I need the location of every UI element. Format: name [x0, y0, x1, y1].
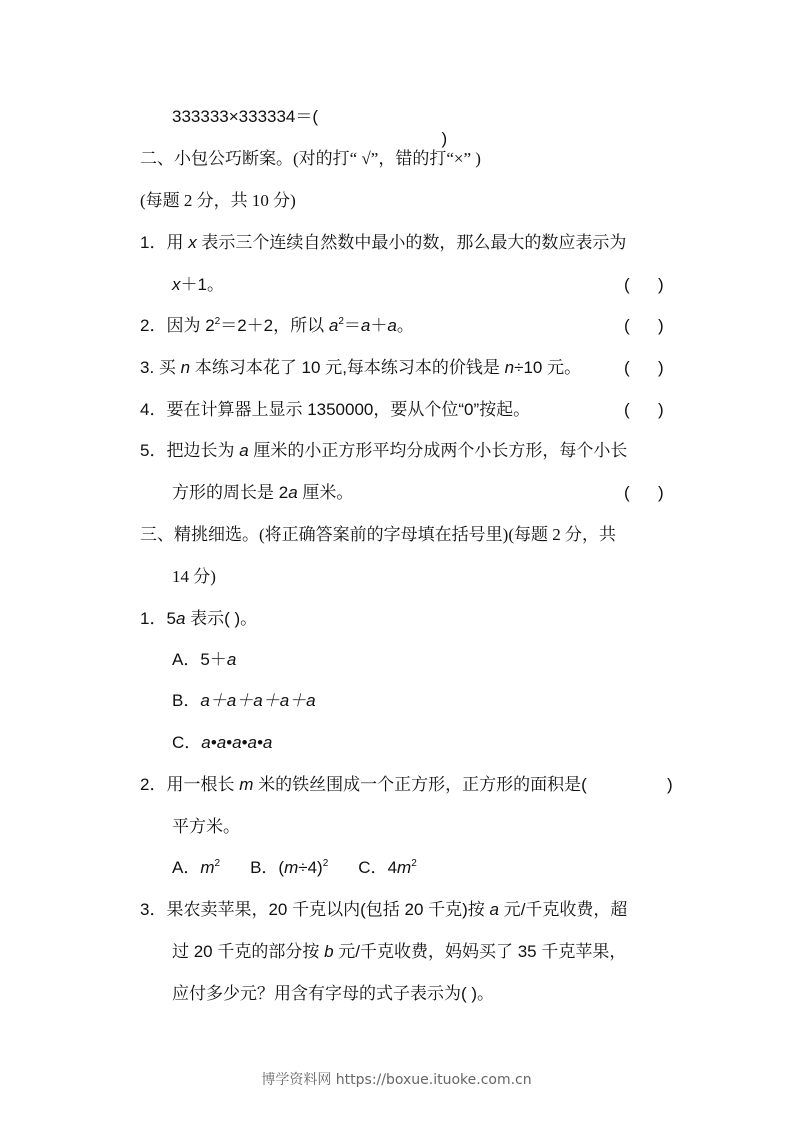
paren-close: ) [441, 129, 447, 148]
text: 。 [397, 316, 414, 335]
section2-scoring: (每题 2 分，共 10 分) [140, 190, 296, 212]
variable: a [227, 650, 236, 669]
mc-question-2-line1: 2．用一根长 m 米的铁丝围成一个正方形，正方形的面积是( [140, 774, 587, 796]
text: 5＋ [200, 650, 226, 669]
text: 元/千克收费，超 [499, 900, 627, 919]
mc-question-2-line2: 平方米。 [172, 816, 240, 838]
mc-q2-option-a[interactable]: A．m2 [172, 858, 220, 877]
tf-item-3: 3. 买 n 本练习本花了 10 元,每本练习本的价钱是 n÷10 元。 [140, 357, 581, 379]
variable: a [329, 316, 338, 335]
section2-heading: 二、小包公巧断案。(对的打“ √”，错的打“×” ) [140, 148, 481, 170]
section3-heading-line1: 三、精挑细选。(将正确答案前的字母填在括号里)(每题 2 分，共 [140, 524, 616, 546]
mc-q2-option-c[interactable]: C．4m2 [358, 858, 416, 877]
footer-watermark: 博学资料网 https://boxue.ituoke.com.cn [0, 1069, 793, 1089]
text: 因为 2 [166, 316, 214, 335]
text: 买 [154, 358, 180, 377]
superscript: 2 [411, 858, 417, 869]
variable: n [181, 358, 190, 377]
tf-answer-3[interactable]: ( ) [624, 357, 664, 379]
variable: a [361, 316, 370, 335]
expression-text: 333333×333334＝( [172, 107, 318, 126]
mc-answer-2-close[interactable]: ) [667, 774, 673, 796]
answer-blank-close[interactable]: ) [432, 106, 447, 150]
option-label: C． [358, 858, 387, 877]
tf-item-5-line2: 方形的周长是 2a 厘米。 [172, 482, 353, 504]
text: ＝ [344, 316, 361, 335]
mc-question-3-line3: 应付多少元？用含有字母的式子表示为( )。 [172, 983, 494, 1005]
text: 4 [388, 858, 397, 877]
item-number: 1． [140, 233, 166, 252]
text: 表示三个连续自然数中最小的数，那么最大的数应表示为 [197, 233, 627, 252]
variable: m [239, 775, 253, 794]
text: 把边长为 [166, 441, 239, 460]
mc-q1-option-c[interactable]: C．a•a•a•a•a [172, 732, 272, 754]
mc-question-3-line1: 3．果农卖苹果，20 千克以内(包括 20 千克)按 a 元/千克收费，超 [140, 899, 627, 921]
text: 元/千克收费，妈妈买了 35 千克苹果， [334, 942, 627, 961]
variable: a [387, 316, 396, 335]
text: 方形的周长是 2 [172, 483, 288, 502]
variable: a [176, 609, 185, 628]
text: 平方米。 [172, 817, 240, 836]
text: ÷10 元。 [514, 358, 581, 377]
text: 厘米的小正方形平均分成两个小长方形，每个小长 [249, 441, 628, 460]
tf-answer-5[interactable]: ( ) [624, 482, 664, 504]
variable: a [490, 900, 499, 919]
tf-answer-1[interactable]: ( ) [624, 274, 664, 296]
text: 要在计算器上显示 1350000，要从个位“0”按起。 [166, 400, 530, 419]
option-expression: a＋a＋a＋a＋a [200, 691, 315, 710]
text: 厘米。 [298, 483, 354, 502]
tf-item-4: 4．要在计算器上显示 1350000，要从个位“0”按起。 [140, 399, 530, 421]
section2-heading-text: 二、小包公巧断案。(对的打“ √”，错的打“×” ) [140, 149, 481, 168]
section3-heading-text: 14 分) [172, 567, 216, 586]
superscript: 2 [215, 858, 221, 869]
item-number: 5． [140, 441, 166, 460]
text: 表示( )。 [185, 609, 257, 628]
tf-answer-4[interactable]: ( ) [624, 399, 664, 421]
carry-over-expression: 333333×333334＝( [172, 106, 318, 128]
mc-q2-option-b[interactable]: B．(m÷4)2 [250, 858, 328, 877]
superscript: 2 [323, 858, 329, 869]
text: ÷4) [298, 858, 322, 877]
text: ＋ [370, 316, 387, 335]
mc-q1-option-a[interactable]: A．5＋a [172, 649, 236, 671]
variable: a [288, 483, 297, 502]
option-label: A． [172, 858, 200, 877]
section2-scoring-text: (每题 2 分，共 10 分) [140, 191, 296, 210]
tf-item-1-line2: x＋1。 [172, 274, 224, 296]
mc-question-3-line2: 过 20 千克的部分按 b 元/千克收费，妈妈买了 35 千克苹果， [172, 941, 626, 963]
option-label: A． [172, 650, 200, 669]
option-label: B． [172, 691, 200, 710]
question-number: 3． [140, 900, 166, 919]
option-label: B． [250, 858, 278, 877]
variable: b [324, 942, 333, 961]
mc-question-1: 1．5a 表示( )。 [140, 608, 257, 630]
mc-q2-options: A．m2B．(m÷4)2C．4m2 [172, 857, 417, 879]
variable: a [239, 441, 248, 460]
text: ＝2＋2，所以 [220, 316, 329, 335]
tf-item-5-line1: 5．把边长为 a 厘米的小正方形平均分成两个小长方形，每个小长 [140, 440, 627, 462]
item-number: 4． [140, 400, 166, 419]
text: 本练习本花了 10 元,每本练习本的价钱是 [190, 358, 505, 377]
text: 米的铁丝围成一个正方形，正方形的面积是( [253, 775, 586, 794]
text: 果农卖苹果，20 千克以内(包括 20 千克)按 [166, 900, 489, 919]
text: 用 [166, 233, 188, 252]
question-number: 1． [140, 609, 166, 628]
item-number: 2． [140, 316, 166, 335]
item-number: 3. [140, 358, 154, 377]
text: ＋1。 [181, 275, 224, 294]
section3-heading-text: 三、精挑细选。(将正确答案前的字母填在括号里)(每题 2 分，共 [140, 525, 616, 544]
question-number: 2． [140, 775, 166, 794]
text: 过 20 千克的部分按 [172, 942, 324, 961]
variable: n [505, 358, 514, 377]
variable: m [284, 858, 298, 877]
tf-answer-2[interactable]: ( ) [624, 315, 664, 337]
tf-item-2: 2．因为 22＝2＋2，所以 a2＝a＋a。 [140, 315, 414, 337]
section3-heading-line2: 14 分) [172, 566, 216, 588]
tf-item-1-line1: 1．用 x 表示三个连续自然数中最小的数，那么最大的数应表示为 [140, 232, 626, 254]
variable: x [172, 275, 181, 294]
variable: x [188, 233, 197, 252]
option-expression: a•a•a•a•a [201, 733, 272, 752]
watermark-text: 博学资料网 https://boxue.ituoke.com.cn [261, 1072, 531, 1088]
mc-q1-option-b[interactable]: B．a＋a＋a＋a＋a [172, 690, 316, 712]
text: 应付多少元？用含有字母的式子表示为( )。 [172, 984, 494, 1003]
option-label: C． [172, 733, 201, 752]
text: 用一根长 [166, 775, 239, 794]
variable: m [397, 858, 411, 877]
variable: m [200, 858, 214, 877]
text: 5 [166, 609, 175, 628]
